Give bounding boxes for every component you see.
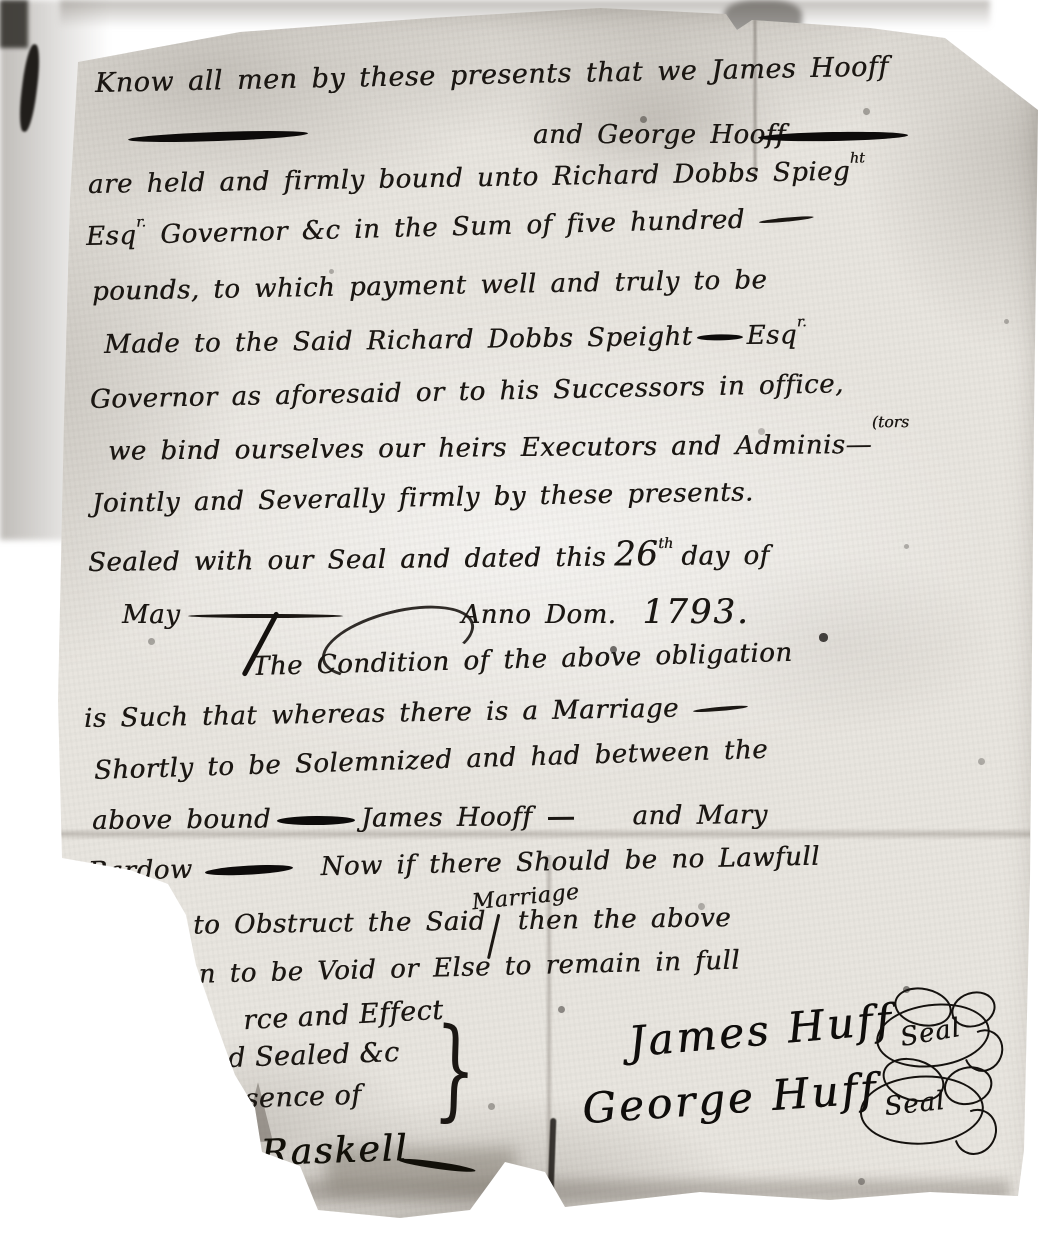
document-scan: Know all men by these presents that we J… <box>0 0 1050 1236</box>
witness-signature: d Raskell <box>221 1126 477 1176</box>
line-text: Sealed with our Seal and dated this <box>88 543 606 578</box>
line-text: is Such that whereas there is a Marriage <box>84 694 679 734</box>
bride-surname: Bardow <box>88 855 193 887</box>
seal-flourish-james: Seal <box>874 994 1002 1072</box>
line-text: Governor &c in the Sum of five hundred <box>160 205 745 250</box>
line-text: above bound <box>92 804 271 836</box>
line-bardow-lawfull: BardowNow if there Should be no Lawfull <box>88 842 821 887</box>
seal-loop <box>940 1061 997 1110</box>
line-text: Jointly and Severally firmly by these pr… <box>92 477 754 519</box>
paper-edge-shading <box>300 1180 1010 1202</box>
ink-dash <box>204 863 292 877</box>
pen-tail <box>759 215 814 224</box>
closing-signed-sealed: d Sealed &c <box>228 1037 401 1074</box>
line-whereas-marriage: is Such that whereas there is a Marriage <box>84 692 748 734</box>
ink-specks <box>0 0 3 3</box>
superscript: ht <box>850 151 865 167</box>
manuscript-paper: Know all men by these presents that we J… <box>0 0 1050 1236</box>
line-successors-office: Governor as aforesaid or to his Successo… <box>90 369 844 415</box>
seal-loop <box>946 1101 1004 1162</box>
inserted-word: Marriage <box>470 880 580 916</box>
superscript: (tors <box>872 413 909 431</box>
signature-james-huff: James Huff <box>626 994 895 1066</box>
superscript: r. <box>797 314 807 330</box>
paper-crack <box>548 1118 557 1194</box>
seal-loop <box>957 1023 1009 1077</box>
line-text: and George Hooff <box>533 120 786 150</box>
signature-george-huff: George Huff <box>581 1064 880 1134</box>
line-made-to-said: Made to the Said Richard Dobbs SpeightEs… <box>104 320 807 360</box>
line-text: Cause to Obstruct the Said <box>96 907 486 942</box>
line-text: Made to the Said Richard Dobbs Speight <box>104 322 693 360</box>
pen-dash <box>188 614 343 618</box>
line-know-all-men: Know all men by these presents that we J… <box>95 51 889 99</box>
fold-crease <box>545 855 553 1233</box>
line-text: Esq <box>746 320 797 351</box>
line-text: Know all men by these presents that we J… <box>95 51 889 99</box>
line-text: ligation to be Void or Else to remain in… <box>112 946 741 992</box>
seal-loop <box>891 982 955 1031</box>
line-solemnized-between: Shortly to be Solemnized and had between… <box>94 735 769 786</box>
line-condition-obligation: The Condition of the above obligation <box>252 638 793 682</box>
line-sealed-dated: Sealed with our Seal and dated this26thd… <box>88 533 770 580</box>
closing-force-effect: rce and Effect <box>242 995 444 1036</box>
line-george-hooff: and George Hooff <box>128 120 908 150</box>
line-may-anno-dom: MayAnno Dom.1793. <box>122 592 750 632</box>
line-jointly-severally: Jointly and Severally firmly by these pr… <box>92 477 754 519</box>
line-void-or-else: ligation to be Void or Else to remain in… <box>112 946 741 992</box>
year-text: 1793. <box>642 592 749 632</box>
seal-loop <box>873 997 994 1074</box>
insertion-caret <box>487 914 500 959</box>
seal-loop <box>946 986 1000 1033</box>
bride-name: and Mary <box>632 800 768 831</box>
day-number: 26 <box>614 534 659 574</box>
seal-flourish-george: Seal <box>855 1061 1001 1157</box>
line-text: pounds, to which payment well and truly … <box>92 265 768 307</box>
line-text: The Condition of the above obligation <box>252 638 793 682</box>
seal-word: Seal <box>883 1086 947 1122</box>
pen-tail <box>693 705 748 714</box>
seal-loop <box>878 1051 950 1109</box>
pen-flourish <box>315 592 482 692</box>
ink-dash <box>697 334 743 341</box>
line-text: Now if there Should be no Lawfull <box>320 842 820 882</box>
line-text: Esq <box>86 221 137 252</box>
line-bind-ourselves: we bind ourselves our heirs Executors an… <box>108 429 910 467</box>
ink-dash <box>758 130 908 142</box>
groom-name: James Hooff <box>361 802 533 833</box>
line-text: we bind ourselves our heirs Executors an… <box>108 430 872 467</box>
fold-crease <box>60 828 1030 840</box>
ink-blot <box>17 43 43 132</box>
line-text: then the above <box>518 903 732 936</box>
paper-stain <box>520 48 790 198</box>
ink-dash <box>277 815 355 825</box>
paper-stain <box>243 1082 273 1142</box>
line-held-bound: are held and firmly bound unto Richard D… <box>88 156 866 200</box>
pen-flourish <box>241 611 279 677</box>
line-text: are held and firmly bound unto Richard D… <box>88 157 851 200</box>
line-pounds-payment: pounds, to which payment well and truly … <box>92 265 768 307</box>
line-text: day of <box>681 541 770 572</box>
pen-dash <box>548 816 574 819</box>
month-text: May <box>122 600 180 630</box>
superscript: r. <box>136 215 146 231</box>
line-text: Shortly to be Solemnized and had between… <box>94 735 769 786</box>
torn-edge-shading <box>13 852 274 1215</box>
paper-edge-shading <box>326 1148 516 1192</box>
closing-brace: } <box>432 1012 477 1126</box>
line-above-bound-james-mary: above boundJames Hooffand Mary <box>92 800 768 836</box>
line-obstruct-marriage: Cause to Obstruct the SaidMarriagethen t… <box>96 903 731 942</box>
ink-dash <box>128 128 308 143</box>
fold-crease <box>752 14 758 174</box>
ink-blot <box>0 0 28 48</box>
seal-word: Seal <box>898 1013 963 1053</box>
superscript: th <box>658 536 673 552</box>
closing-presence-of: esence of <box>227 1080 362 1116</box>
line-text: Governor as aforesaid or to his Successo… <box>90 369 844 415</box>
seal-loop <box>858 1072 986 1148</box>
anno-dom-text: Anno Dom. <box>461 600 616 630</box>
line-governor-sum: Esqr.Governor &c in the Sum of five hund… <box>86 203 815 252</box>
